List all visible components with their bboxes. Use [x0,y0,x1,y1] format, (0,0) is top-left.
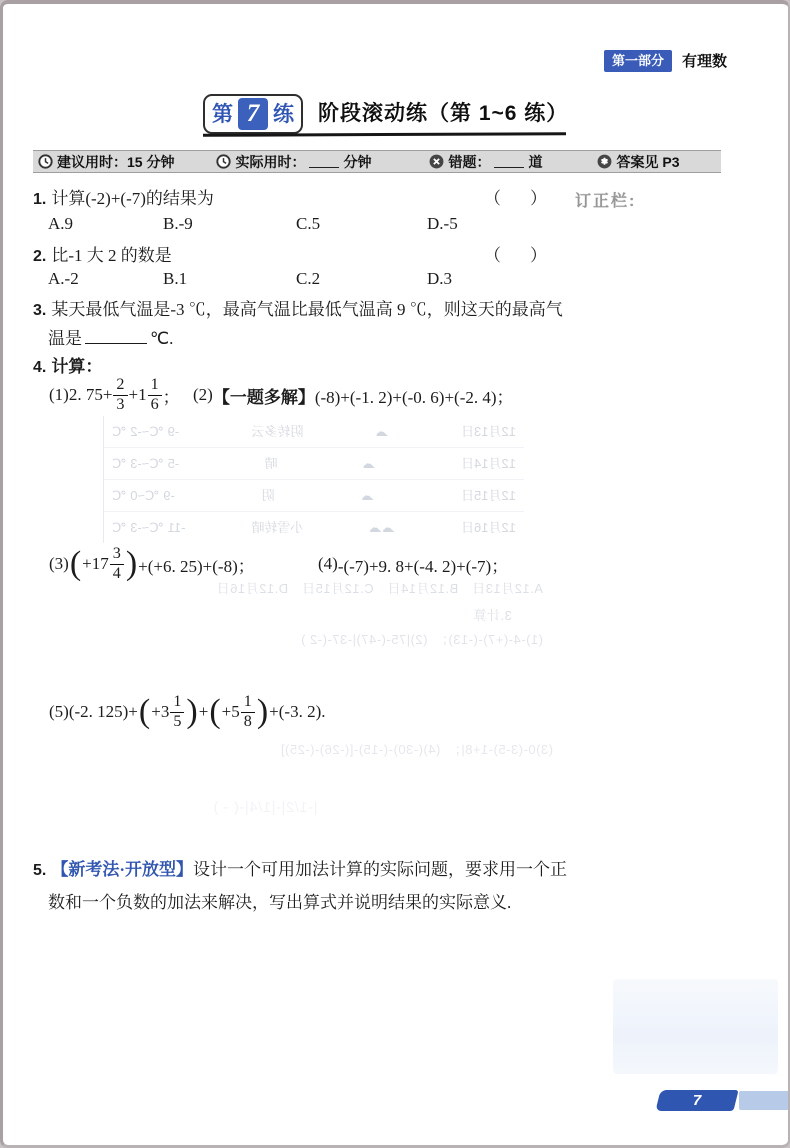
answers-ref-label: 答案见 P3 [616,155,679,169]
question-2-number: 2. [33,248,46,265]
bleed-through-text: |-1/2|-|1/4|-( - ) [213,799,318,817]
question-1-text: 计算(-2)+(-7)的结果为 [51,189,214,208]
bleed-through-text: A.12月13日 B.12月14日 C.12月15日 D.12月16日 [38,581,543,597]
answer-paren-close: ） [530,184,547,209]
q2-option-a: A.-2 [48,269,79,289]
big-paren-close: ) [126,549,137,580]
q4-item-3-no: (3) [49,554,69,574]
bleed-through-text: (3)0-(3-5)-1+8|； (4)(-30)-(-15)-[(-26)-(… [63,742,553,758]
expr-fragment: (-2. 125)+ [69,702,138,722]
big-paren-close: ) [186,697,197,728]
ghost-table-row: 12月14日☁晴-5 ℃~-3 ℃ [104,448,524,480]
cloud-icon: ☁ [361,489,374,502]
error-x-icon [429,154,444,169]
expr-fragment: + [199,702,209,722]
answer-flower-icon: ✽ [597,154,612,169]
question-5-number: 5. [33,862,46,879]
ghost-weather: 小雪转晴 [251,521,303,534]
expr-fragment: (-8)+(-1. 2)+(-0. 6)+(-2. 4)； [315,383,514,408]
info-bar: 建议用时：15 分钟 实际用时：分钟 错题：道 ✽ 答案见 P3 [33,150,721,173]
cloud-icon: ☁ [363,457,376,470]
question-1-number: 1. [33,191,46,208]
actual-time-blank [309,155,339,168]
lesson-number-badge: 第 7 练 [203,94,303,134]
numerator: 1 [148,377,162,396]
expr-fragment: +(-3. 2). [269,702,325,722]
ghost-weather: 阴转多云 [251,425,303,438]
cloud-icon: ☁☁ [369,521,395,534]
q4-item-5: (5)(-2. 125)+(+315)+(+518)+(-3. 2). [49,690,325,734]
question-3-number: 3. [33,302,46,319]
fraction: 18 [241,694,255,731]
question-5-text2: 数和一个负数的加法来解决，写出算式并说明结果的实际意义. [48,893,511,912]
page-tab-extension [739,1091,790,1110]
lesson-title-banner: 第 7 练 阶段滚动练（第 1~6 练） [203,94,568,134]
question-4-number: 4. [33,359,46,376]
denominator: 8 [241,713,255,731]
denominator: 3 [113,396,127,414]
ghost-table-row: 12月16日☁☁小雪转晴-11 ℃~-3 ℃ [104,512,524,543]
suggested-time-label: 建议用时：15 分钟 [57,155,174,169]
big-paren-open: ( [70,549,81,580]
q1-option-b: B.-9 [163,214,193,234]
big-paren-close: ) [257,697,268,728]
svg-text:✽: ✽ [601,157,609,167]
fill-in-blank [85,329,147,344]
cloud-icon: ☁ [376,425,389,438]
bleed-through-table: 12月13日☁阴转多云-9 ℃~-2 ℃ 12月14日☁晴-5 ℃~-3 ℃ 1… [103,416,524,543]
ghost-temp: -9 ℃~-2 ℃ [112,425,179,438]
actual-time-unit: 分钟 [343,155,371,169]
numerator: 1 [170,694,184,713]
expr-fragment: +17 [82,554,109,574]
actual-time-label: 实际用时： [235,155,305,169]
question-2: 2.比-1 大 2 的数是 [33,241,172,266]
ghost-temp: -9 ℃~0 ℃ [112,489,175,502]
ghost-date: 12月13日 [461,425,516,438]
subject-label: 有理数 [682,51,727,72]
part-label: 第一部分 [604,50,672,72]
q2-option-c: C.2 [296,269,320,289]
answers-ref: ✽ 答案见 P3 [597,154,679,169]
answer-paren-open: （ [484,184,501,209]
bleed-through-text: (1)-4-(+7)-(-13)； (2)|75-(-47)|-37-(-2 ) [38,632,543,648]
actual-time: 实际用时：分钟 [216,154,371,169]
q4-item-1-no: (1) [49,385,69,405]
question-5-line1: 5.【新考法·开放型】设计一个可用加法计算的实际问题，要求用一个正 [33,855,567,880]
denominator: 4 [110,565,124,583]
expr-fragment: +(+6. 25)+(-8)； [138,552,255,577]
denominator: 6 [148,396,162,414]
question-2-text: 比-1 大 2 的数是 [51,246,171,265]
question-3-text1: 某天最低气温是-3 ℃，最高气温比最低气温高 9 ℃，则这天的最高气 [51,300,562,319]
workbook-page: 第一部分 有理数 第 7 练 阶段滚动练（第 1~6 练） 建议用时：15 分钟… [0,0,790,1148]
badge-prefix: 第 [212,104,233,125]
big-paren-open: ( [209,697,220,728]
fraction: 23 [113,377,127,414]
question-5-text1: 设计一个可用加法计算的实际问题，要求用一个正 [193,860,567,879]
q1-option-d: D.-5 [427,214,458,234]
answer-paren-open: （ [484,241,501,266]
wrong-count-label: 错题： [448,155,490,169]
expr-fragment: +1 [129,385,147,405]
q4-item-4: (4)-(-7)+9. 8+(-4. 2)+(-7)； [318,542,508,586]
numerator: 2 [113,377,127,396]
q4-item-3: (3)(+1734)+(+6. 25)+(-8)； [49,542,255,586]
ghost-date: 12月14日 [461,457,516,470]
question-3-text2: 温是 [48,329,82,348]
question-3-unit: ℃. [150,329,173,348]
bleed-through-shadow [613,979,778,1074]
question-3-line2: 温是℃. [48,324,173,349]
ghost-temp: -11 ℃~-3 ℃ [112,521,185,534]
numerator: 3 [110,546,124,565]
expr-fragment: 2. 75+ [69,385,113,405]
ghost-weather: 晴 [264,457,277,470]
page-number-tab: 7 [655,1090,738,1111]
q1-option-a: A.9 [48,214,73,234]
fraction: 16 [148,377,162,414]
q4-item-5-no: (5) [49,702,69,722]
denominator: 5 [170,713,184,731]
q4-item-2: (2)【一题多解】(-8)+(-1. 2)+(-0. 6)+(-2. 4)； [193,374,514,416]
bleed-through-text: 3.计算 [473,608,512,624]
question-3-line1: 3.某天最低气温是-3 ℃，最高气温比最低气温高 9 ℃，则这天的最高气 [33,295,563,320]
ghost-table-row: 12月13日☁阴转多云-9 ℃~-2 ℃ [104,416,524,448]
q4-item-1: (1)2. 75+23+116； [49,374,180,416]
fraction: 15 [170,694,184,731]
numerator: 1 [241,694,255,713]
page-number: 7 [658,1090,736,1111]
title-underline [203,132,566,137]
page-title: 阶段滚动练（第 1~6 练） [318,100,568,127]
expr-fragment: ； [163,383,180,408]
fraction: 34 [110,546,124,583]
q4-item-4-no: (4) [318,554,338,574]
clock-icon [38,154,53,169]
ghost-date: 12月15日 [461,489,516,502]
ghost-table-row: 12月15日☁阴-9 ℃~0 ℃ [104,480,524,512]
lesson-number: 7 [238,98,268,130]
wrong-count: 错题：道 [429,154,542,169]
q2-option-d: D.3 [427,269,452,289]
method-tag: 【一题多解】 [213,383,315,408]
q4-item-2-no: (2) [193,385,213,405]
correction-column-label: 订正栏: [575,194,636,210]
expr-fragment: +5 [222,702,240,722]
q2-option-b: B.1 [163,269,187,289]
wrong-count-unit: 道 [528,155,542,169]
badge-suffix: 练 [273,104,294,125]
question-1: 1.计算(-2)+(-7)的结果为 [33,184,214,209]
new-method-tag: 【新考法·开放型】 [51,860,193,879]
answer-paren-close: ） [530,241,547,266]
wrong-count-blank [494,155,524,168]
clock-icon [216,154,231,169]
suggested-time: 建议用时：15 分钟 [38,154,174,169]
q1-option-c: C.5 [296,214,320,234]
question-5-line2: 数和一个负数的加法来解决，写出算式并说明结果的实际意义. [48,888,511,913]
big-paren-open: ( [139,697,150,728]
ghost-weather: 阴 [262,489,275,502]
expr-fragment: -(-7)+9. 8+(-4. 2)+(-7)； [338,552,508,577]
expr-fragment: +3 [151,702,169,722]
ghost-date: 12月16日 [461,521,516,534]
ghost-temp: -5 ℃~-3 ℃ [112,457,179,470]
